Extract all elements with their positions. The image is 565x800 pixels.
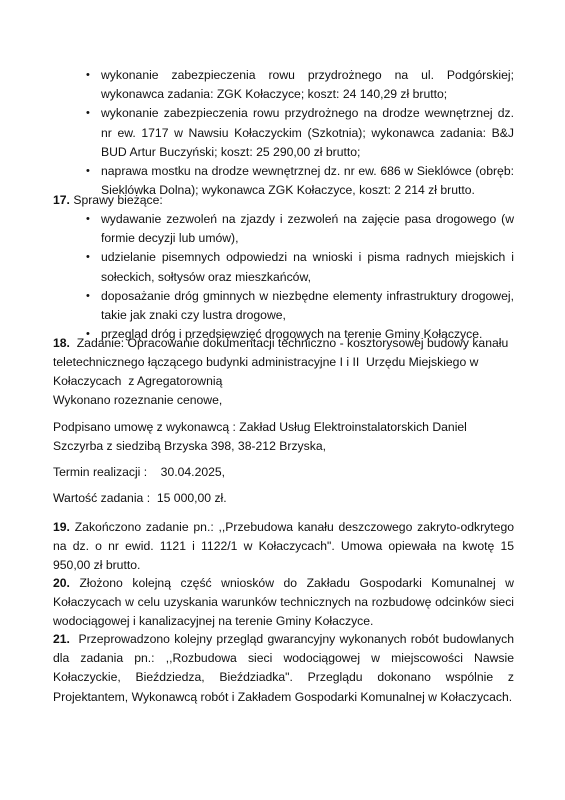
document-page: •wykonanie zabezpieczenia rowu przydrożn…	[0, 0, 565, 800]
list-item: •wykonanie zabezpieczenia rowu przydrożn…	[82, 66, 514, 104]
section-18-task: 18. Zadanie: Opracowanie dokumentacji te…	[53, 334, 514, 392]
bullet-icon: •	[86, 66, 90, 85]
bullet-icon: •	[86, 162, 90, 181]
section-17-list: •wydawanie zezwoleń na zjazdy i zezwoleń…	[82, 210, 514, 344]
section-20: 20. Złożono kolejną część wniosków do Za…	[53, 574, 514, 632]
bullet-icon: •	[86, 210, 90, 229]
section-17-heading: 17. Sprawy bieżące:	[53, 191, 514, 210]
cost-list: •wykonanie zabezpieczenia rowu przydrożn…	[82, 66, 514, 200]
bullet-icon: •	[86, 248, 90, 267]
list-item: •doposażanie dróg gminnych w niezbędne e…	[82, 287, 514, 325]
bullet-icon: •	[86, 287, 90, 306]
list-item: •wykonanie zabezpieczenia rowu przydrożn…	[82, 104, 514, 162]
section-18-value: Wartość zadania : 15 000,00 zł.	[53, 489, 514, 508]
list-item: •udzielanie pisemnych odpowiedzi na wnio…	[82, 248, 514, 286]
section-18-contract: Podpisano umowę z wykonawcą : Zakład Usł…	[53, 418, 514, 456]
list-item: •wydawanie zezwoleń na zjazdy i zezwoleń…	[82, 210, 514, 248]
section-18-deadline: Termin realizacji : 30.04.2025,	[53, 463, 514, 482]
section-18-survey: Wykonano rozeznanie cenowe,	[53, 391, 514, 410]
section-19: 19. Zakończono zadanie pn.: ,,Przebudowa…	[53, 518, 514, 576]
section-21: 21. Przeprowadzono kolejny przegląd gwar…	[53, 630, 514, 707]
bullet-icon: •	[86, 104, 90, 123]
